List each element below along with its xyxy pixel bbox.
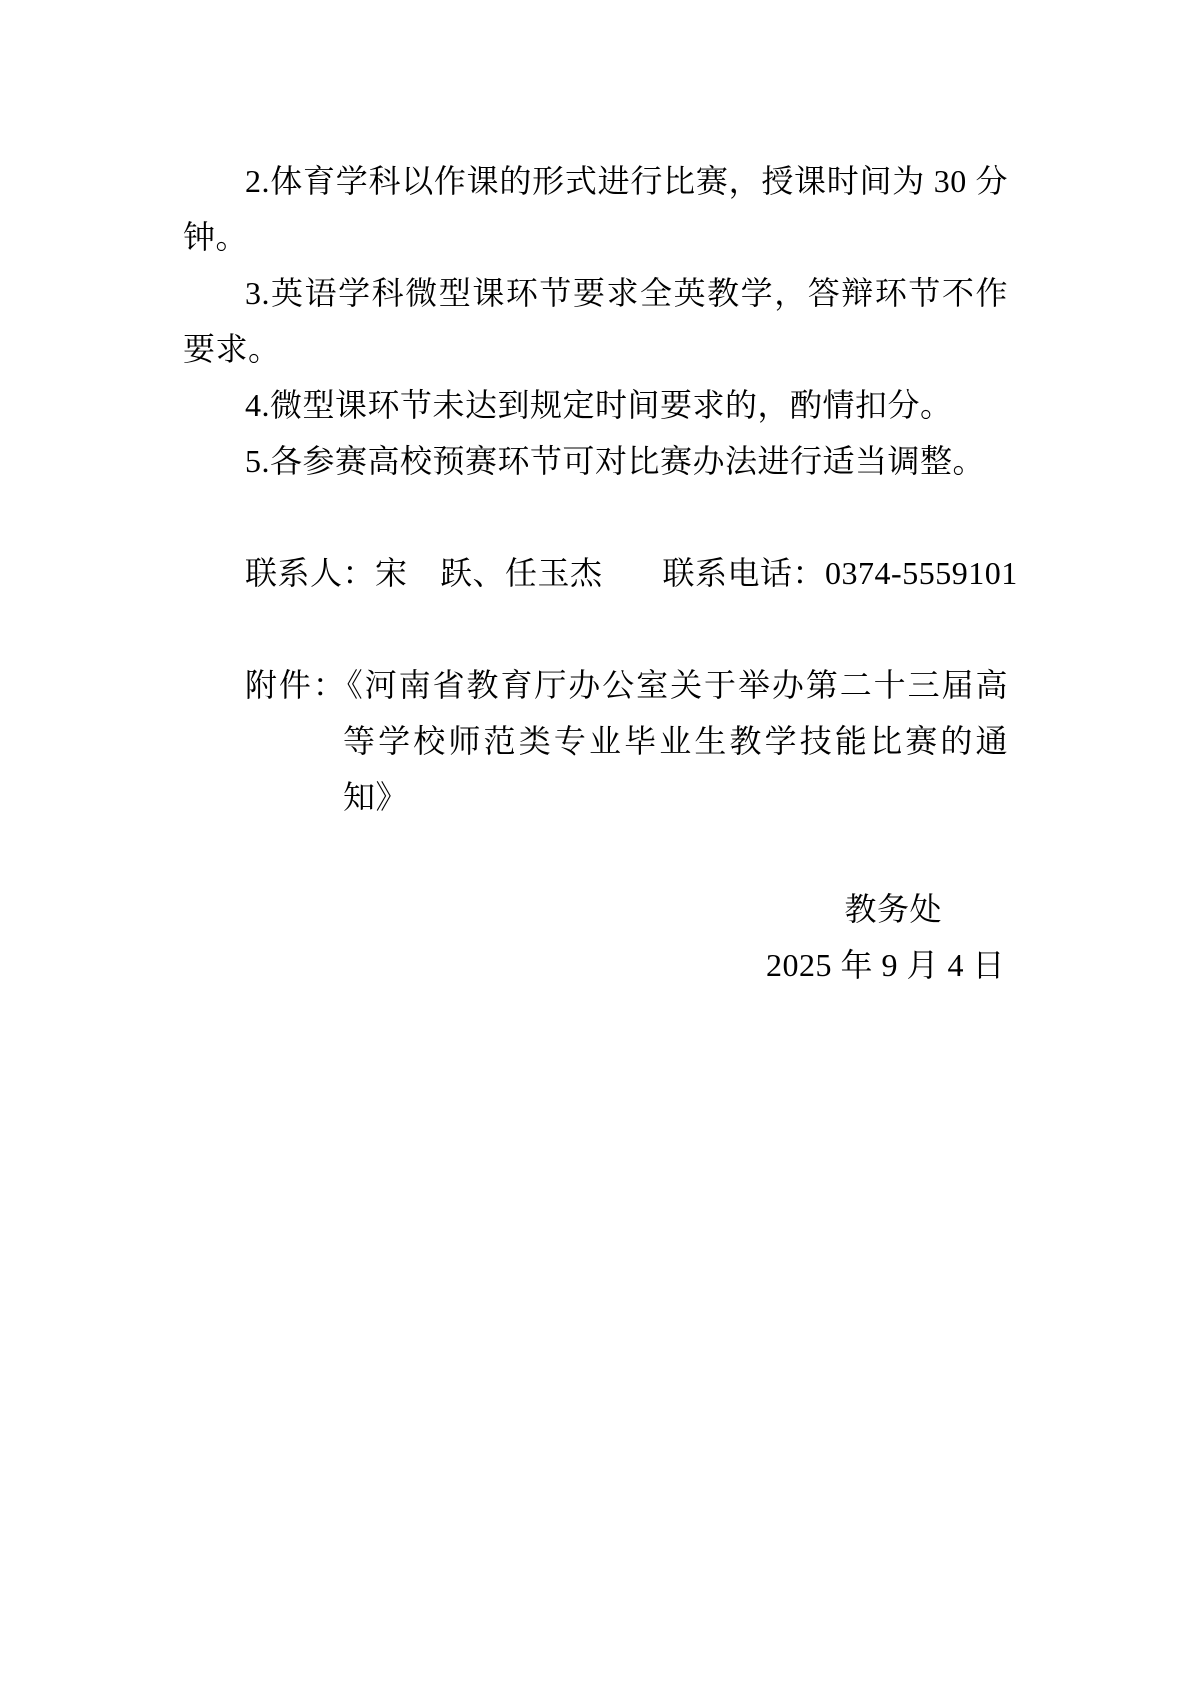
signature-department: 教务处 [183, 881, 1008, 937]
blank-line [183, 601, 1008, 657]
attachment-line: 附件：《河南省教育厅办公室关于举办第二十三届高等学校师范类专业毕业生教学技能比赛… [183, 657, 1008, 825]
attachment-label: 附件： [245, 667, 347, 703]
contact-phone-label: 联系电话： [663, 555, 826, 591]
document-content: 2.体育学科以作课的形式进行比赛，授课时间为 30 分钟。 3.英语学科微型课环… [183, 153, 1008, 993]
body-paragraph-item-3: 3.英语学科微型课环节要求全英教学，答辩环节不作要求。 [183, 265, 1008, 377]
blank-line [183, 825, 1008, 881]
document-page: 2.体育学科以作课的形式进行比赛，授课时间为 30 分钟。 3.英语学科微型课环… [0, 0, 1191, 1684]
contact-phone-number: 0374-5559101 [825, 555, 1018, 591]
contact-line: 联系人：宋 跃、任玉杰联系电话：0374-5559101 [183, 545, 1008, 601]
contact-person-names: 宋 跃、任玉杰 [375, 555, 603, 591]
body-paragraph-item-4: 4.微型课环节未达到规定时间要求的，酌情扣分。 [183, 377, 1008, 433]
attachment-title: 《河南省教育厅办公室关于举办第二十三届高等学校师范类专业毕业生教学技能比赛的通知… [343, 667, 1008, 815]
contact-person-label: 联系人： [245, 555, 375, 591]
body-paragraph-item-2: 2.体育学科以作课的形式进行比赛，授课时间为 30 分钟。 [183, 153, 1008, 265]
body-paragraph-item-5: 5.各参赛高校预赛环节可对比赛办法进行适当调整。 [183, 433, 1008, 489]
blank-line [183, 489, 1008, 545]
signature-date: 2025 年 9 月 4 日 [183, 937, 1008, 993]
